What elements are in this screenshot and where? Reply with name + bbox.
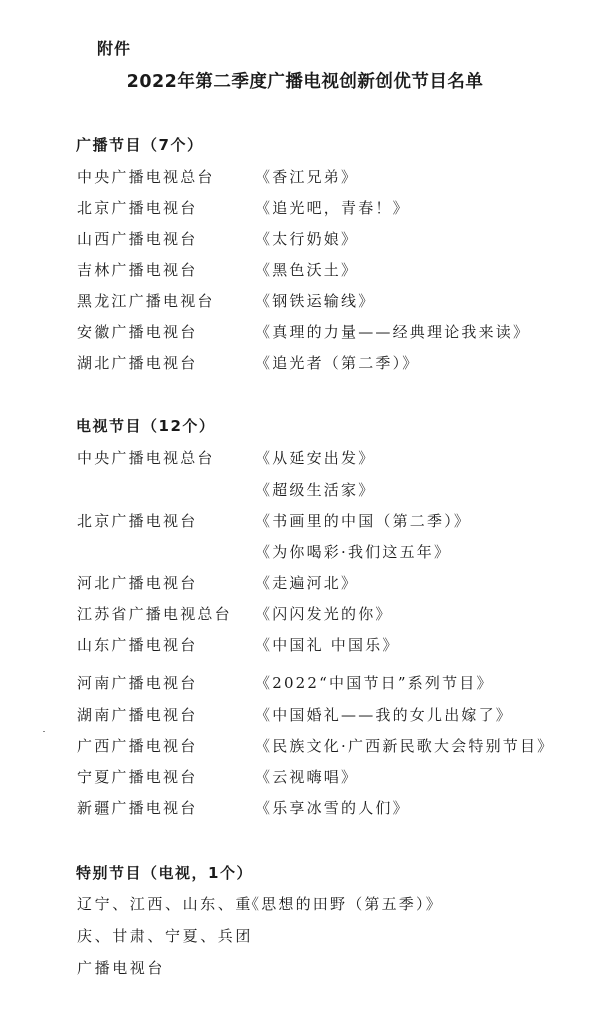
org-name: 安徽广播电视台: [77, 321, 197, 342]
section-heading-radio: 广播节目（7个）: [76, 134, 203, 155]
org-name: 北京广播电视台: [77, 197, 197, 218]
document-title: 2022年第二季度广播电视创新创优节目名单: [0, 68, 600, 93]
list-item: 江苏省广播电视总台《闪闪发光的你》: [0, 603, 600, 627]
program-name: 《中国婚礼——我的女儿出嫁了》: [255, 704, 513, 725]
special-org-line-3: 广播电视台: [77, 957, 165, 978]
section-heading-tv: 电视节目（12个）: [76, 415, 215, 436]
program-name: 《太行奶娘》: [255, 228, 358, 249]
list-item: 中央广播电视总台《香江兄弟》: [0, 166, 600, 190]
org-name: 中央广播电视总台: [77, 166, 215, 187]
special-program: 《思想的田野（第五季）》: [244, 893, 443, 914]
org-name: 湖北广播电视台: [77, 352, 197, 373]
program-name: 《民族文化·广西新民歌大会特别节目》: [255, 735, 554, 756]
org-name: 山东广播电视台: [77, 634, 197, 655]
list-item: 山东广播电视台《中国礼 中国乐》: [0, 634, 600, 658]
program-name: 《中国礼 中国乐》: [255, 634, 400, 655]
special-org-line-2: 庆、甘肃、宁夏、兵团: [77, 925, 253, 946]
org-name: 北京广播电视台: [77, 510, 197, 531]
org-name: 中央广播电视总台: [77, 447, 215, 468]
list-item: 《超级生活家》: [0, 479, 600, 503]
list-item: 湖北广播电视台《追光者（第二季）》: [0, 352, 600, 376]
program-name: 《真理的力量——经典理论我来读》: [255, 321, 530, 342]
special-org-line-1: 辽宁、江西、山东、重: [77, 893, 253, 914]
program-name: 《超级生活家》: [255, 479, 375, 500]
list-item: 新疆广播电视台《乐享冰雪的人们》: [0, 797, 600, 821]
list-item: 湖南广播电视台《中国婚礼——我的女儿出嫁了》: [0, 704, 600, 728]
org-name: 吉林广播电视台: [77, 259, 197, 280]
list-item: 广西广播电视台《民族文化·广西新民歌大会特别节目》: [0, 735, 600, 759]
program-name: 《香江兄弟》: [255, 166, 358, 187]
program-name: 《黑色沃土》: [255, 259, 358, 280]
list-item: 宁夏广播电视台《云视嗨唱》: [0, 766, 600, 790]
scan-speck: [43, 731, 45, 732]
program-name: 《书画里的中国（第二季）》: [255, 510, 471, 531]
list-item: 安徽广播电视台《真理的力量——经典理论我来读》: [0, 321, 600, 345]
list-item: 北京广播电视台《追光吧，青春！》: [0, 197, 600, 221]
program-name: 《为你喝彩·我们这五年》: [255, 541, 451, 562]
program-name: 《云视嗨唱》: [255, 766, 358, 787]
program-name: 《钢铁运输线》: [255, 290, 375, 311]
program-name: 《乐享冰雪的人们》: [255, 797, 410, 818]
list-item: 黑龙江广播电视台《钢铁运输线》: [0, 290, 600, 314]
org-name: 黑龙江广播电视台: [77, 290, 215, 311]
attachment-label: 附件: [97, 36, 131, 59]
program-name: 《2022“中国节日”系列节目》: [255, 672, 494, 693]
list-item: 北京广播电视台《书画里的中国（第二季）》: [0, 510, 600, 534]
section-heading-special: 特别节目（电视，1个）: [76, 862, 253, 883]
program-name: 《追光吧，青春！》: [255, 197, 410, 218]
list-item: 中央广播电视总台《从延安出发》: [0, 447, 600, 471]
list-item: 山西广播电视台《太行奶娘》: [0, 228, 600, 252]
list-item: 《为你喝彩·我们这五年》: [0, 541, 600, 565]
program-name: 《闪闪发光的你》: [255, 603, 393, 624]
org-name: 湖南广播电视台: [77, 704, 197, 725]
org-name: 广西广播电视台: [77, 735, 197, 756]
program-name: 《走遍河北》: [255, 572, 358, 593]
org-name: 宁夏广播电视台: [77, 766, 197, 787]
org-name: 江苏省广播电视总台: [77, 603, 232, 624]
org-name: 新疆广播电视台: [77, 797, 197, 818]
org-name: 山西广播电视台: [77, 228, 197, 249]
program-name: 《从延安出发》: [255, 447, 375, 468]
program-name: 《追光者（第二季）》: [255, 352, 420, 373]
list-item: 吉林广播电视台《黑色沃土》: [0, 259, 600, 283]
list-item: 河北广播电视台《走遍河北》: [0, 572, 600, 596]
org-name: 河北广播电视台: [77, 572, 197, 593]
org-name: 河南广播电视台: [77, 672, 197, 693]
list-item: 河南广播电视台《2022“中国节日”系列节目》: [0, 672, 600, 696]
